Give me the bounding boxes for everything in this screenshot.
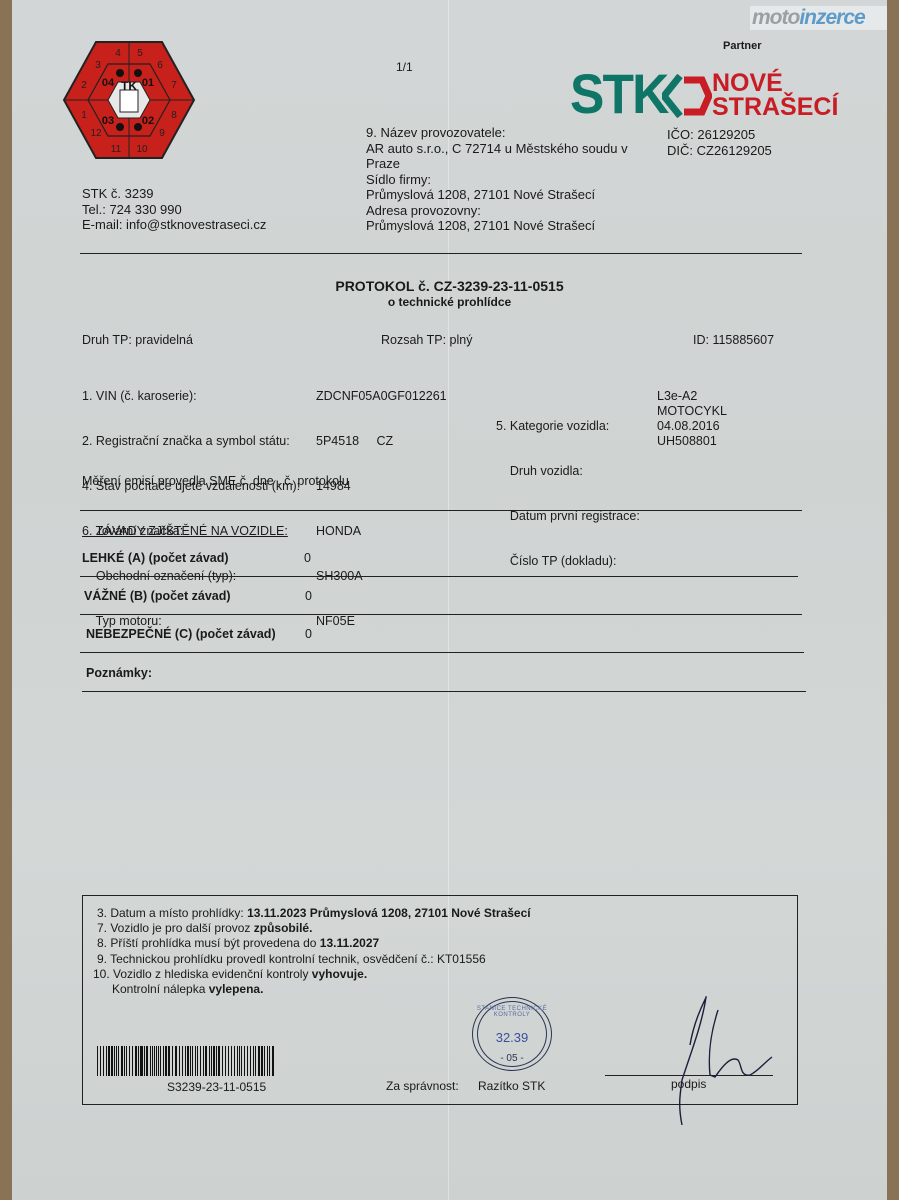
signature-icon	[660, 985, 800, 1125]
station-phone: Tel.: 724 330 990	[82, 202, 266, 218]
svg-text:2: 2	[81, 80, 87, 91]
defects-light-label: LEHKÉ (A) (počet závad)	[82, 551, 229, 565]
station-contact: STK č. 3239 Tel.: 724 330 990 E-mail: in…	[82, 186, 266, 233]
svg-text:5: 5	[137, 48, 143, 59]
svg-text:04: 04	[102, 77, 115, 89]
first-registration: 04.08.2016	[657, 419, 727, 434]
stamp-number: 32.39	[473, 1030, 551, 1045]
svg-text:03: 03	[102, 115, 114, 127]
vehicle-values-right: L3e-A2 MOTOCYKL 04.08.2016 UH508801	[657, 389, 727, 449]
dic: DIČ: CZ26129205	[667, 143, 772, 159]
svg-text:12: 12	[90, 128, 102, 139]
za-spravnost-label: Za správnost:	[386, 1079, 459, 1093]
make: HONDA	[316, 524, 447, 539]
ico: IČO: 26129205	[667, 127, 772, 143]
svg-text:9: 9	[159, 128, 165, 139]
divider	[80, 253, 802, 254]
sticker-status: vylepena.	[209, 982, 264, 996]
svg-text:7: 7	[171, 80, 177, 91]
barcode-number: S3239-23-11-0515	[167, 1080, 266, 1094]
brand-stk: STK	[570, 66, 668, 122]
svg-text:11: 11	[111, 144, 122, 155]
emissions-note: Měření emisí provedla SME č. dne , č. pr…	[82, 474, 349, 489]
defects-heading: 6. ZÁVADY ZJIŠTĚNÉ NA VOZIDLE:	[82, 524, 288, 539]
brand-name: NOVÉ STRAŠECÍ	[712, 71, 838, 119]
vin: ZDCNF05A0GF012261	[316, 389, 447, 404]
watermark-logo: motoinzerce	[750, 6, 887, 30]
svg-text:10: 10	[136, 144, 148, 155]
svg-text:6: 6	[157, 60, 163, 71]
stamp-label: Razítko STK	[478, 1079, 545, 1093]
inspection-sticker-icon: TK 45 36 27 18 129 1110 0102 0304	[62, 40, 196, 160]
registration-check: vyhovuje.	[312, 967, 367, 981]
svg-text:1: 1	[81, 110, 87, 121]
defects-light-count: 0	[304, 551, 311, 566]
divider	[80, 614, 802, 615]
brand-hexagon-icon	[662, 74, 712, 118]
divider	[80, 576, 798, 577]
defects-dangerous-count: 0	[305, 627, 312, 642]
defects-serious-label: VÁŽNÉ (B) (počet závad)	[84, 589, 231, 603]
official-stamp: STANICE TECHNICKÉ KONTROLY 32.39 - 05 -	[472, 997, 552, 1071]
vehicle-kind: MOTOCYKL	[657, 404, 727, 419]
next-inspection-date: 13.11.2027	[320, 936, 379, 950]
svg-text:01: 01	[142, 77, 154, 89]
inspection-type: Druh TP: pravidelná	[82, 333, 193, 347]
svg-text:8: 8	[171, 110, 177, 121]
partner-label: Partner	[723, 40, 762, 52]
barcode	[97, 1046, 275, 1076]
technician: 9. Technickou prohlídku provedl kontroln…	[93, 952, 531, 967]
divider	[80, 510, 802, 511]
svg-text:3: 3	[95, 60, 101, 71]
station-number: STK č. 3239	[82, 186, 266, 202]
svg-text:TK: TK	[121, 79, 137, 93]
svg-text:4: 4	[115, 48, 121, 59]
vehicle-values-left: ZDCNF05A0GF012261 5P4518 CZ 14984 HONDA …	[316, 359, 447, 644]
roadworthy-status: způsobilé.	[254, 921, 313, 935]
vehicle-category: L3e-A2	[657, 389, 727, 404]
divider	[82, 691, 806, 692]
vehicle-labels-right: 5. Kategorie vozidla: Druh vozidla: Datu…	[496, 389, 640, 584]
defects-dangerous-label: NEBEZPEČNÉ (C) (počet závad)	[86, 627, 276, 641]
operator-info: 9. Název provozovatele: AR auto s.r.o., …	[366, 125, 636, 234]
engine-type: NF05E	[316, 614, 447, 629]
inspection-scope: Rozsah TP: plný	[381, 333, 472, 347]
divider	[80, 652, 804, 653]
notes-label: Poznámky:	[86, 666, 152, 680]
protocol-title: PROTOKOL č. CZ-3239-23-11-0515 o technic…	[0, 278, 899, 310]
defects-serious-count: 0	[305, 589, 312, 604]
inspection-date-place: 13.11.2023 Průmyslová 1208, 27101 Nové S…	[247, 906, 531, 920]
svg-text:02: 02	[142, 115, 154, 127]
registration: 5P4518 CZ	[316, 434, 447, 449]
page-number: 1/1	[396, 60, 413, 74]
station-email: E-mail: info@stknovestraseci.cz	[82, 217, 266, 233]
protocol-id: ID: 115885607	[693, 333, 774, 347]
protocol-subtitle: o technické prohlídce	[0, 294, 899, 310]
company-ids: IČO: 26129205 DIČ: CZ26129205	[667, 127, 772, 159]
tp-number: UH508801	[657, 434, 727, 449]
result-lines: 3. Datum a místo prohlídky: 13.11.2023 P…	[93, 906, 531, 997]
